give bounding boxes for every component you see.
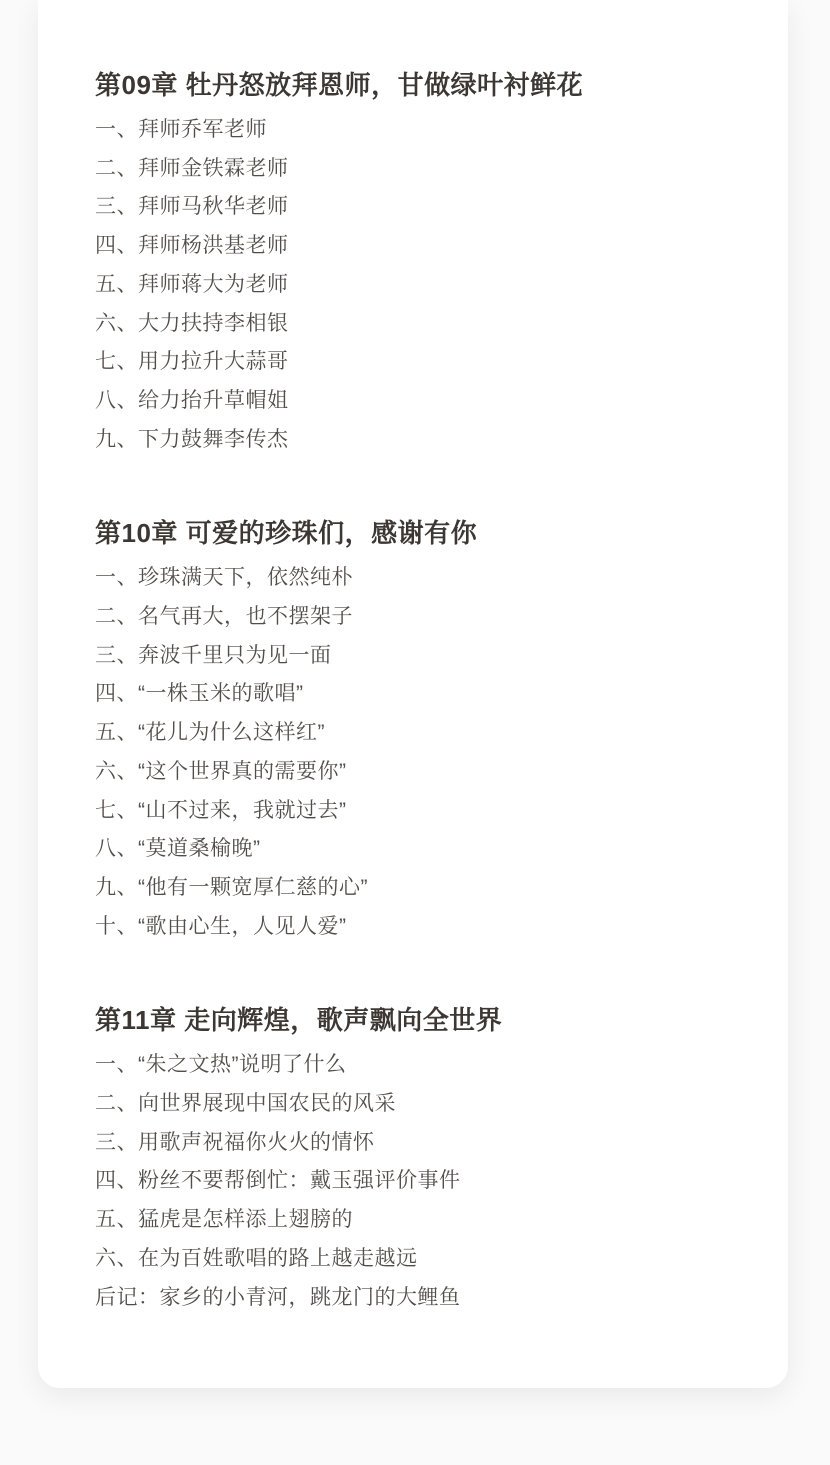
toc-item: 一、拜师乔军老师 — [95, 111, 748, 150]
toc-item: 二、拜师金铁霖老师 — [95, 150, 748, 189]
toc-item: 一、“朱之文热”说明了什么 — [95, 1046, 748, 1085]
toc-item: 九、下力鼓舞李传杰 — [95, 421, 748, 460]
toc-item: 四、拜师杨洪基老师 — [95, 227, 748, 266]
toc-item: 三、用歌声祝福你火火的情怀 — [95, 1124, 748, 1163]
toc-item: 四、粉丝不要帮倒忙：戴玉强评价事件 — [95, 1162, 748, 1201]
toc-section: 第10章 可爱的珍珠们，感谢有你 一、珍珠满天下，依然纯朴 二、名气再大，也不摆… — [95, 511, 748, 946]
chapter-item-list: 一、珍珠满天下，依然纯朴 二、名气再大，也不摆架子 三、奔波千里只为见一面 四、… — [95, 559, 748, 946]
toc-section: 第09章 牡丹怒放拜恩师，甘做绿叶衬鲜花 一、拜师乔军老师 二、拜师金铁霖老师 … — [95, 63, 748, 459]
chapter-heading: 第09章 牡丹怒放拜恩师，甘做绿叶衬鲜花 — [95, 63, 748, 107]
toc-item: 五、“花儿为什么这样红” — [95, 714, 748, 753]
toc-item: 六、在为百姓歌唱的路上越走越远 — [95, 1240, 748, 1279]
toc-section: 第11章 走向辉煌，歌声飘向全世界 一、“朱之文热”说明了什么 二、向世界展现中… — [95, 998, 748, 1317]
chapter-heading: 第10章 可爱的珍珠们，感谢有你 — [95, 511, 748, 555]
toc-item: 七、“山不过来，我就过去” — [95, 792, 748, 831]
toc-item: 五、拜师蒋大为老师 — [95, 266, 748, 305]
chapter-item-list: 一、“朱之文热”说明了什么 二、向世界展现中国农民的风采 三、用歌声祝福你火火的… — [95, 1046, 748, 1317]
chapter-item-list: 一、拜师乔军老师 二、拜师金铁霖老师 三、拜师马秋华老师 四、拜师杨洪基老师 五… — [95, 111, 748, 459]
chapter-heading: 第11章 走向辉煌，歌声飘向全世界 — [95, 998, 748, 1042]
toc-sections-container: 第09章 牡丹怒放拜恩师，甘做绿叶衬鲜花 一、拜师乔军老师 二、拜师金铁霖老师 … — [95, 63, 748, 1317]
toc-card: 第09章 牡丹怒放拜恩师，甘做绿叶衬鲜花 一、拜师乔军老师 二、拜师金铁霖老师 … — [38, 0, 788, 1388]
toc-item: 一、珍珠满天下，依然纯朴 — [95, 559, 748, 598]
toc-item: 二、名气再大，也不摆架子 — [95, 598, 748, 637]
toc-item: 后记：家乡的小青河，跳龙门的大鲤鱼 — [95, 1279, 748, 1318]
toc-item: 八、“莫道桑榆晚” — [95, 830, 748, 869]
toc-item: 二、向世界展现中国农民的风采 — [95, 1085, 748, 1124]
toc-item: 五、猛虎是怎样添上翅膀的 — [95, 1201, 748, 1240]
toc-item: 三、奔波千里只为见一面 — [95, 637, 748, 676]
toc-item: 七、用力拉升大蒜哥 — [95, 343, 748, 382]
toc-item: 六、大力扶持李相银 — [95, 305, 748, 344]
toc-item: 八、给力抬升草帽姐 — [95, 382, 748, 421]
toc-item: 四、“一株玉米的歌唱” — [95, 675, 748, 714]
toc-item: 三、拜师马秋华老师 — [95, 188, 748, 227]
toc-item: 九、“他有一颗宽厚仁慈的心” — [95, 869, 748, 908]
toc-item: 六、“这个世界真的需要你” — [95, 753, 748, 792]
toc-item: 十、“歌由心生，人见人爱” — [95, 908, 748, 947]
